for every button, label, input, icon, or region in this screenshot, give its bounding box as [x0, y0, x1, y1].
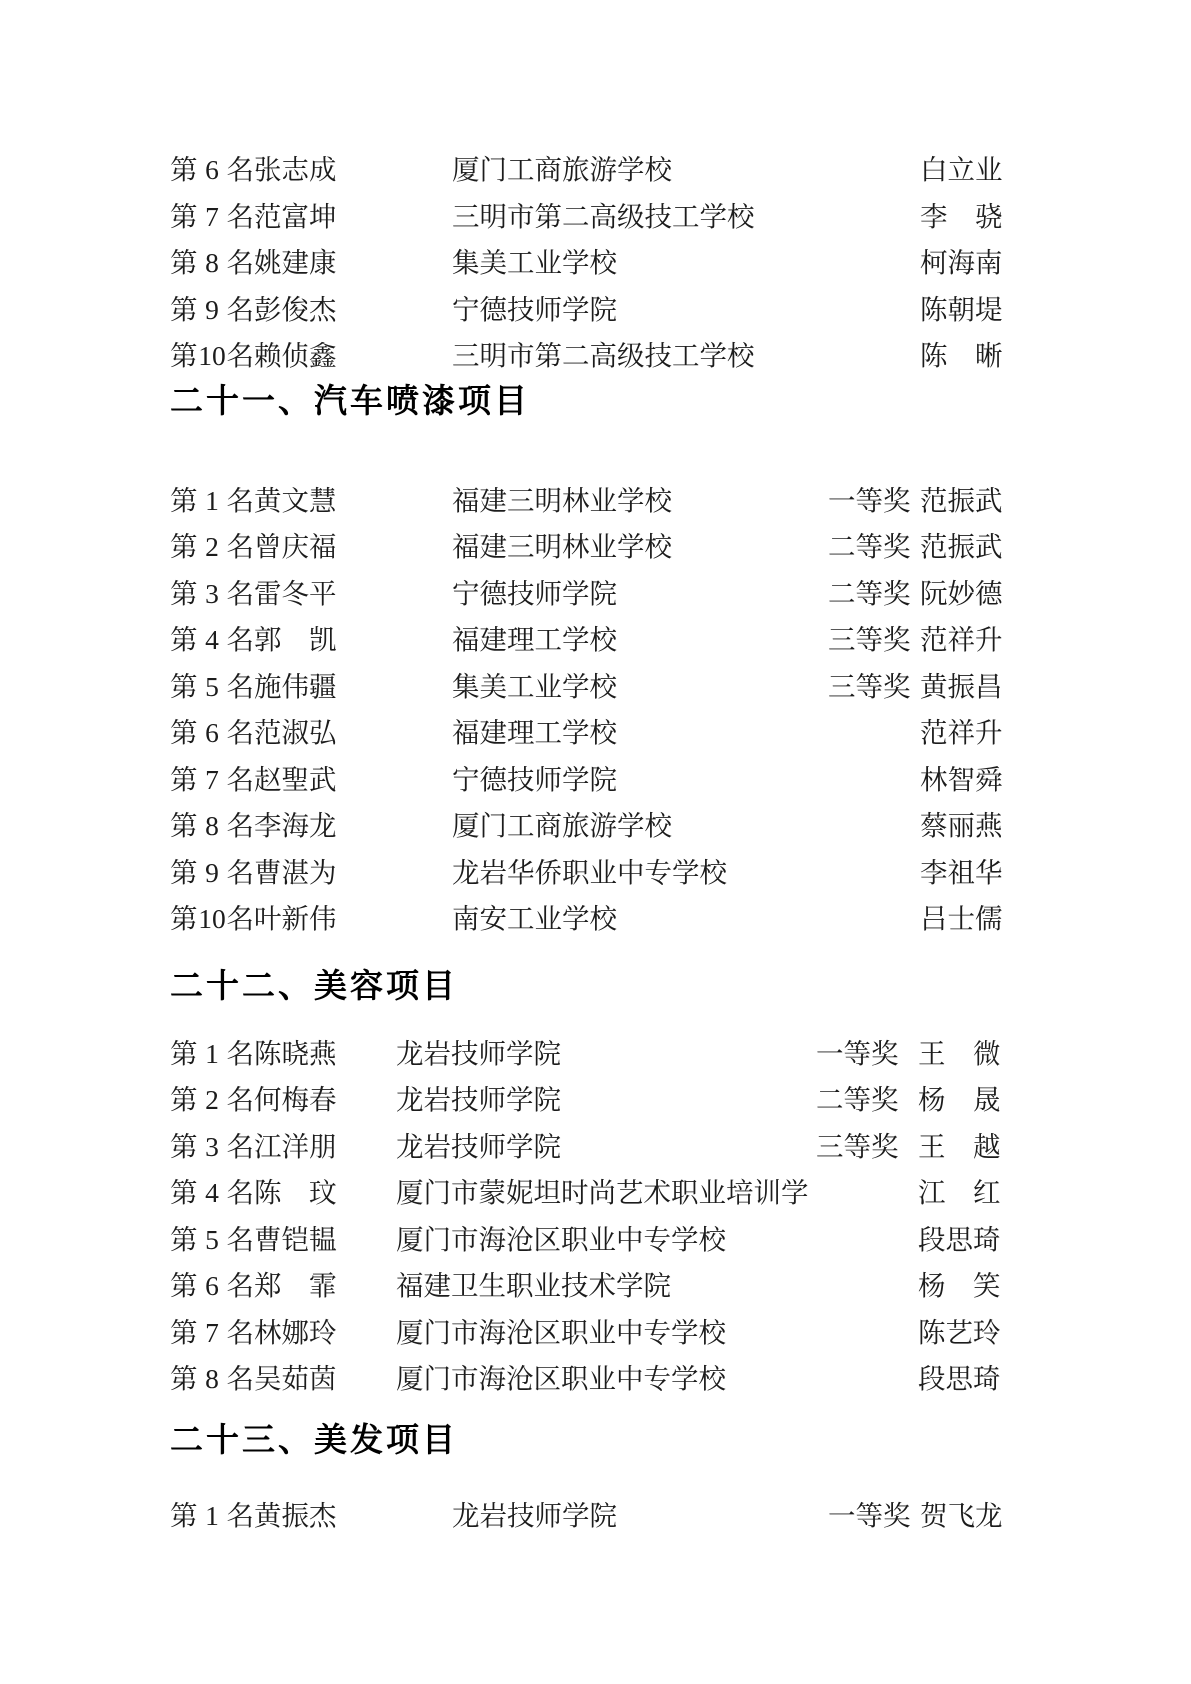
section-title: 二十三、美发项目: [170, 1420, 1050, 1460]
section-rows: 第 1 名 黄振杰 龙岩技师学院 一等奖 贺飞龙: [170, 1490, 1050, 1537]
instructor-name: 范祥升: [920, 617, 1003, 657]
rank-number: 8: [205, 810, 219, 842]
rank-prefix: 第: [170, 1124, 198, 1164]
award-label: 一等奖: [828, 1493, 920, 1533]
rank-suffix: 名: [227, 1493, 255, 1533]
school-name: 福建三明林业学校: [452, 478, 828, 518]
instructor-name: 段思琦: [918, 1217, 1001, 1257]
rank-label: 第 3 名: [170, 1124, 254, 1164]
competitor-name: 黄振杰: [254, 1493, 452, 1533]
result-row: 第 7 名 赵聖武 宁德技师学院 林智舜: [170, 754, 1050, 801]
rank-suffix: 名: [227, 571, 255, 611]
competitor-name: 曾庆福: [254, 524, 452, 564]
instructor-name: 王 微: [918, 1031, 1001, 1071]
school-name: 龙岩技师学院: [396, 1077, 816, 1117]
result-row: 第 4 名 郭 凯 福建理工学校 三等奖 范祥升: [170, 614, 1050, 661]
school-name: 三明市第二高级技工学校: [452, 194, 828, 234]
result-row: 第 10 名 赖侦鑫 三明市第二高级技工学校 陈 晰: [170, 330, 1050, 377]
competitor-name: 赖侦鑫: [254, 333, 452, 373]
instructor-name: 贺飞龙: [920, 1493, 1003, 1533]
school-name: 龙岩华侨职业中专学校: [452, 850, 828, 890]
instructor-name: 吕士儒: [920, 896, 1003, 936]
rank-suffix: 名: [227, 896, 255, 936]
competitor-name: 郑 霏: [254, 1263, 396, 1303]
rank-number: 9: [205, 857, 219, 889]
rank-number: 7: [205, 764, 219, 796]
rank-suffix: 名: [227, 664, 255, 704]
school-name: 龙岩技师学院: [396, 1031, 816, 1071]
section-rows: 第 1 名 陈晓燕 龙岩技师学院 一等奖 王 微 第 2 名 何梅春 龙岩技师学…: [170, 1028, 1050, 1400]
result-row: 第 5 名 施伟疆 集美工业学校 三等奖 黄振昌: [170, 661, 1050, 708]
rank-suffix: 名: [227, 1124, 255, 1164]
school-name: 集美工业学校: [452, 664, 828, 704]
instructor-name: 蔡丽燕: [920, 803, 1003, 843]
rank-number: 4: [205, 624, 219, 656]
award-label: 二等奖: [816, 1077, 918, 1117]
instructor-name: 杨 笑: [918, 1263, 1001, 1303]
competitor-name: 雷冬平: [254, 571, 452, 611]
result-row: 第 3 名 江洋朋 龙岩技师学院 三等奖 王 越: [170, 1121, 1050, 1168]
rank-number: 6: [205, 154, 219, 186]
competitor-name: 姚建康: [254, 240, 452, 280]
school-name: 福建理工学校: [452, 617, 828, 657]
school-name: 福建理工学校: [452, 710, 828, 750]
rank-prefix: 第: [170, 1263, 198, 1303]
rank-prefix: 第: [170, 524, 198, 564]
competitor-name: 郭 凯: [254, 617, 452, 657]
competitor-name: 范富坤: [254, 194, 452, 234]
award-label: 二等奖: [828, 524, 920, 564]
result-row: 第 1 名 陈晓燕 龙岩技师学院 一等奖 王 微: [170, 1028, 1050, 1075]
rank-prefix: 第: [170, 478, 198, 518]
rank-prefix: 第: [170, 1077, 198, 1117]
rank-suffix: 名: [227, 1356, 255, 1396]
rank-suffix: 名: [227, 333, 255, 373]
school-name: 厦门工商旅游学校: [452, 803, 828, 843]
rank-number: 10: [198, 340, 226, 372]
result-row: 第 5 名 曹铠韫 厦门市海沧区职业中专学校 段思琦: [170, 1214, 1050, 1261]
rank-number: 2: [205, 1084, 219, 1116]
rank-prefix: 第: [170, 571, 198, 611]
instructor-name: 王 越: [918, 1124, 1001, 1164]
rank-prefix: 第: [170, 850, 198, 890]
instructor-name: 白立业: [920, 147, 1003, 187]
rank-number: 5: [205, 1224, 219, 1256]
rank-number: 8: [205, 247, 219, 279]
rank-suffix: 名: [227, 524, 255, 564]
instructor-name: 柯海南: [920, 240, 1003, 280]
instructor-name: 范祥升: [920, 710, 1003, 750]
rank-prefix: 第: [170, 803, 198, 843]
rank-label: 第 5 名: [170, 664, 254, 704]
rank-label: 第 3 名: [170, 571, 254, 611]
school-name: 厦门市海沧区职业中专学校: [396, 1217, 816, 1257]
rank-number: 6: [205, 717, 219, 749]
rank-suffix: 名: [227, 287, 255, 327]
rank-label: 第 8 名: [170, 240, 254, 280]
school-name: 三明市第二高级技工学校: [452, 333, 828, 373]
competitor-name: 陈 玟: [254, 1170, 396, 1210]
competitor-name: 李海龙: [254, 803, 452, 843]
rank-number: 3: [205, 1131, 219, 1163]
rank-prefix: 第: [170, 287, 198, 327]
section-title: 二十一、汽车喷漆项目: [170, 381, 1050, 421]
school-name: 厦门市海沧区职业中专学校: [396, 1356, 816, 1396]
competition-section: 第 6 名 张志成 厦门工商旅游学校 白立业 第 7 名 范富坤 三明市第二高级…: [170, 144, 1050, 377]
document-content: 第 6 名 张志成 厦门工商旅游学校 白立业 第 7 名 范富坤 三明市第二高级…: [170, 0, 1050, 1536]
result-row: 第 7 名 范富坤 三明市第二高级技工学校 李 骁: [170, 191, 1050, 238]
rank-number: 9: [205, 294, 219, 326]
school-name: 集美工业学校: [452, 240, 828, 280]
rank-prefix: 第: [170, 1310, 198, 1350]
rank-prefix: 第: [170, 240, 198, 280]
rank-label: 第 1 名: [170, 1493, 254, 1533]
rank-label: 第 8 名: [170, 1356, 254, 1396]
section-title: 二十二、美容项目: [170, 966, 1050, 1006]
instructor-name: 杨 晟: [918, 1077, 1001, 1117]
result-row: 第 7 名 林娜玲 厦门市海沧区职业中专学校 陈艺玲: [170, 1307, 1050, 1354]
rank-prefix: 第: [170, 1493, 198, 1533]
rank-label: 第 7 名: [170, 194, 254, 234]
competitor-name: 赵聖武: [254, 757, 452, 797]
rank-prefix: 第: [170, 194, 198, 234]
competitor-name: 施伟疆: [254, 664, 452, 704]
rank-label: 第 10 名: [170, 896, 254, 936]
rank-number: 3: [205, 578, 219, 610]
award-label: 三等奖: [828, 664, 920, 704]
rank-suffix: 名: [227, 1263, 255, 1303]
result-row: 第 1 名 黄文慧 福建三明林业学校 一等奖 范振武: [170, 475, 1050, 522]
rank-label: 第 5 名: [170, 1217, 254, 1257]
rank-prefix: 第: [170, 147, 198, 187]
competition-section: 二十一、汽车喷漆项目 第 1 名 黄文慧 福建三明林业学校 一等奖 范振武 第 …: [170, 381, 1050, 940]
rank-label: 第 7 名: [170, 1310, 254, 1350]
rank-number: 8: [205, 1363, 219, 1395]
rank-number: 1: [205, 485, 219, 517]
rank-label: 第 4 名: [170, 1170, 254, 1210]
instructor-name: 范振武: [920, 524, 1003, 564]
rank-prefix: 第: [170, 664, 198, 704]
competitor-name: 黄文慧: [254, 478, 452, 518]
rank-label: 第 1 名: [170, 1031, 254, 1071]
competitor-name: 叶新伟: [254, 896, 452, 936]
instructor-name: 林智舜: [920, 757, 1003, 797]
document-page: 第 6 名 张志成 厦门工商旅游学校 白立业 第 7 名 范富坤 三明市第二高级…: [0, 0, 1191, 1684]
school-name: 厦门工商旅游学校: [452, 147, 828, 187]
rank-label: 第 9 名: [170, 850, 254, 890]
rank-label: 第 2 名: [170, 524, 254, 564]
instructor-name: 江 红: [918, 1170, 1001, 1210]
result-row: 第 6 名 范淑弘 福建理工学校 范祥升: [170, 707, 1050, 754]
rank-number: 7: [205, 1317, 219, 1349]
rank-prefix: 第: [170, 1170, 198, 1210]
school-name: 福建卫生职业技术学院: [396, 1263, 816, 1303]
result-row: 第 3 名 雷冬平 宁德技师学院 二等奖 阮妙德: [170, 568, 1050, 615]
rank-label: 第 10 名: [170, 333, 254, 373]
rank-prefix: 第: [170, 617, 198, 657]
rank-suffix: 名: [227, 147, 255, 187]
rank-number: 4: [205, 1177, 219, 1209]
rank-label: 第 6 名: [170, 710, 254, 750]
school-name: 厦门市海沧区职业中专学校: [396, 1310, 816, 1350]
competitor-name: 张志成: [254, 147, 452, 187]
rank-label: 第 9 名: [170, 287, 254, 327]
rank-suffix: 名: [227, 240, 255, 280]
instructor-name: 陈 晰: [920, 333, 1003, 373]
rank-suffix: 名: [227, 617, 255, 657]
competitor-name: 曹湛为: [254, 850, 452, 890]
rank-suffix: 名: [227, 1031, 255, 1071]
result-row: 第 2 名 曾庆福 福建三明林业学校 二等奖 范振武: [170, 521, 1050, 568]
competitor-name: 何梅春: [254, 1077, 396, 1117]
rank-prefix: 第: [170, 1217, 198, 1257]
rank-label: 第 8 名: [170, 803, 254, 843]
competitor-name: 陈晓燕: [254, 1031, 396, 1071]
instructor-name: 陈艺玲: [918, 1310, 1001, 1350]
instructor-name: 阮妙德: [920, 571, 1003, 611]
rank-label: 第 7 名: [170, 757, 254, 797]
instructor-name: 陈朝堤: [920, 287, 1003, 327]
rank-label: 第 1 名: [170, 478, 254, 518]
rank-prefix: 第: [170, 757, 198, 797]
award-label: 三等奖: [828, 617, 920, 657]
result-row: 第 6 名 张志成 厦门工商旅游学校 白立业: [170, 144, 1050, 191]
rank-number: 6: [205, 1270, 219, 1302]
competitor-name: 彭俊杰: [254, 287, 452, 327]
award-label: 一等奖: [816, 1031, 918, 1071]
school-name: 龙岩技师学院: [396, 1124, 816, 1164]
rank-suffix: 名: [227, 1077, 255, 1117]
competitor-name: 吴茹茵: [254, 1356, 396, 1396]
school-name: 宁德技师学院: [452, 287, 828, 327]
result-row: 第 9 名 彭俊杰 宁德技师学院 陈朝堤: [170, 284, 1050, 331]
rank-suffix: 名: [227, 1170, 255, 1210]
rank-suffix: 名: [227, 803, 255, 843]
rank-prefix: 第: [170, 710, 198, 750]
result-row: 第 2 名 何梅春 龙岩技师学院 二等奖 杨 晟: [170, 1074, 1050, 1121]
rank-suffix: 名: [227, 478, 255, 518]
rank-prefix: 第: [170, 333, 198, 373]
school-name: 宁德技师学院: [452, 757, 828, 797]
rank-suffix: 名: [227, 757, 255, 797]
school-name: 宁德技师学院: [452, 571, 828, 611]
result-row: 第 8 名 李海龙 厦门工商旅游学校 蔡丽燕: [170, 800, 1050, 847]
rank-number: 10: [198, 903, 226, 935]
rank-suffix: 名: [227, 850, 255, 890]
rank-number: 7: [205, 201, 219, 233]
rank-suffix: 名: [227, 710, 255, 750]
rank-prefix: 第: [170, 1031, 198, 1071]
section-rows: 第 1 名 黄文慧 福建三明林业学校 一等奖 范振武 第 2 名 曾庆福 福建三…: [170, 475, 1050, 940]
competition-section: 二十三、美发项目 第 1 名 黄振杰 龙岩技师学院 一等奖 贺飞龙: [170, 1420, 1050, 1537]
rank-label: 第 4 名: [170, 617, 254, 657]
rank-label: 第 6 名: [170, 1263, 254, 1303]
award-label: 三等奖: [816, 1124, 918, 1164]
result-row: 第 4 名 陈 玟 厦门市蒙妮坦时尚艺术职业培训学 江 红: [170, 1167, 1050, 1214]
rank-number: 2: [205, 531, 219, 563]
rank-prefix: 第: [170, 1356, 198, 1396]
rank-suffix: 名: [227, 1217, 255, 1257]
result-row: 第 10 名 叶新伟 南安工业学校 吕士儒: [170, 893, 1050, 940]
school-name: 福建三明林业学校: [452, 524, 828, 564]
result-row: 第 8 名 姚建康 集美工业学校 柯海南: [170, 237, 1050, 284]
rank-prefix: 第: [170, 896, 198, 936]
school-name: 龙岩技师学院: [452, 1493, 828, 1533]
award-label: 一等奖: [828, 478, 920, 518]
result-row: 第 8 名 吴茹茵 厦门市海沧区职业中专学校 段思琦: [170, 1353, 1050, 1400]
rank-number: 5: [205, 671, 219, 703]
rank-suffix: 名: [227, 194, 255, 234]
school-name: 南安工业学校: [452, 896, 828, 936]
instructor-name: 黄振昌: [920, 664, 1003, 704]
competitor-name: 林娜玲: [254, 1310, 396, 1350]
competitor-name: 江洋朋: [254, 1124, 396, 1164]
school-name: 厦门市蒙妮坦时尚艺术职业培训学: [396, 1170, 816, 1210]
result-row: 第 1 名 黄振杰 龙岩技师学院 一等奖 贺飞龙: [170, 1490, 1050, 1537]
award-label: 二等奖: [828, 571, 920, 611]
instructor-name: 李 骁: [920, 194, 1003, 234]
instructor-name: 段思琦: [918, 1356, 1001, 1396]
rank-suffix: 名: [227, 1310, 255, 1350]
rank-number: 1: [205, 1038, 219, 1070]
section-rows: 第 6 名 张志成 厦门工商旅游学校 白立业 第 7 名 范富坤 三明市第二高级…: [170, 144, 1050, 377]
rank-number: 1: [205, 1500, 219, 1532]
result-row: 第 9 名 曹湛为 龙岩华侨职业中专学校 李祖华: [170, 847, 1050, 894]
competition-section: 二十二、美容项目 第 1 名 陈晓燕 龙岩技师学院 一等奖 王 微 第 2 名 …: [170, 966, 1050, 1400]
result-row: 第 6 名 郑 霏 福建卫生职业技术学院 杨 笑: [170, 1260, 1050, 1307]
instructor-name: 范振武: [920, 478, 1003, 518]
rank-label: 第 6 名: [170, 147, 254, 187]
competitor-name: 曹铠韫: [254, 1217, 396, 1257]
competitor-name: 范淑弘: [254, 710, 452, 750]
instructor-name: 李祖华: [920, 850, 1003, 890]
rank-label: 第 2 名: [170, 1077, 254, 1117]
